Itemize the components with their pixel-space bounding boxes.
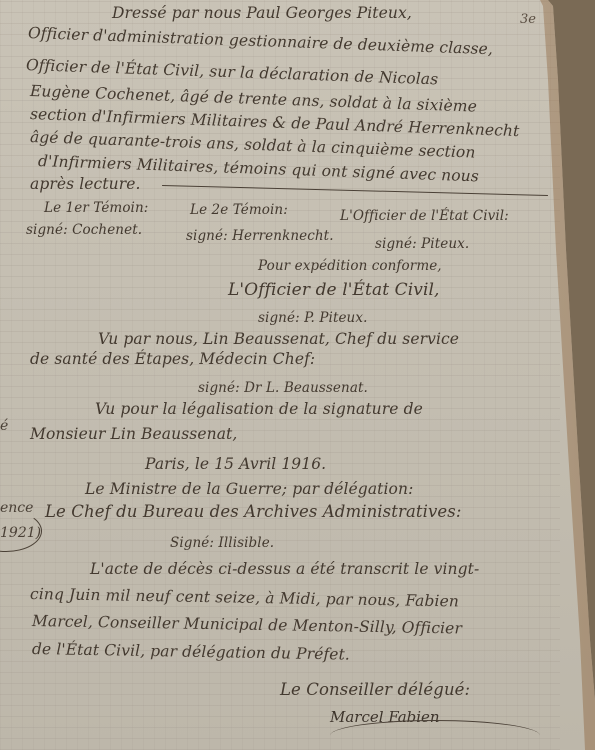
vu-line: de santé des Étapes, Médecin Chef:	[30, 350, 315, 368]
witness2-label: Le 2e Témoin:	[190, 202, 288, 218]
expedition-line: L'Officier de l'État Civil,	[228, 280, 440, 300]
witness1-signed: signé: Cochenet.	[26, 222, 142, 238]
officer-label: L'Officier de l'État Civil:	[340, 208, 509, 224]
text-line: Dressé par nous Paul Georges Piteux,	[112, 4, 412, 22]
witness1-label: Le 1er Témoin:	[44, 200, 148, 216]
vu-signed: signé: Dr L. Beaussenat.	[198, 380, 368, 396]
officer-signed: signé: Piteux.	[375, 236, 469, 252]
paper-page: 3e Dressé par nous Paul Georges Piteux, …	[0, 0, 595, 750]
legalisation-signed: Signé: Illisible.	[170, 535, 274, 551]
legalisation-date: Paris, le 15 Avril 1916.	[145, 455, 326, 473]
legalisation-line: Monsieur Lin Beaussenat,	[30, 425, 237, 443]
signature-flourish	[330, 720, 540, 750]
legalisation-line: Le Ministre de la Guerre; par délégation…	[85, 480, 413, 498]
margin-accent: é	[0, 418, 8, 434]
text-line: après lecture.	[30, 175, 141, 193]
expedition-signed: signé: P. Piteux.	[258, 310, 367, 326]
witness2-signed: signé: Herrenknecht.	[186, 228, 334, 244]
vu-line: Vu par nous, Lin Beaussenat, Chef du ser…	[98, 330, 459, 348]
legalisation-line: Le Chef du Bureau des Archives Administr…	[45, 502, 462, 521]
legalisation-line: Vu pour la légalisation de la signature …	[95, 400, 423, 418]
page-number-mark: 3e	[520, 12, 536, 27]
expedition-line: Pour expédition conforme,	[258, 258, 442, 274]
transcription-line: L'acte de décès ci-dessus a été transcri…	[90, 560, 479, 578]
closing-title: Le Conseiller délégué:	[280, 680, 470, 699]
